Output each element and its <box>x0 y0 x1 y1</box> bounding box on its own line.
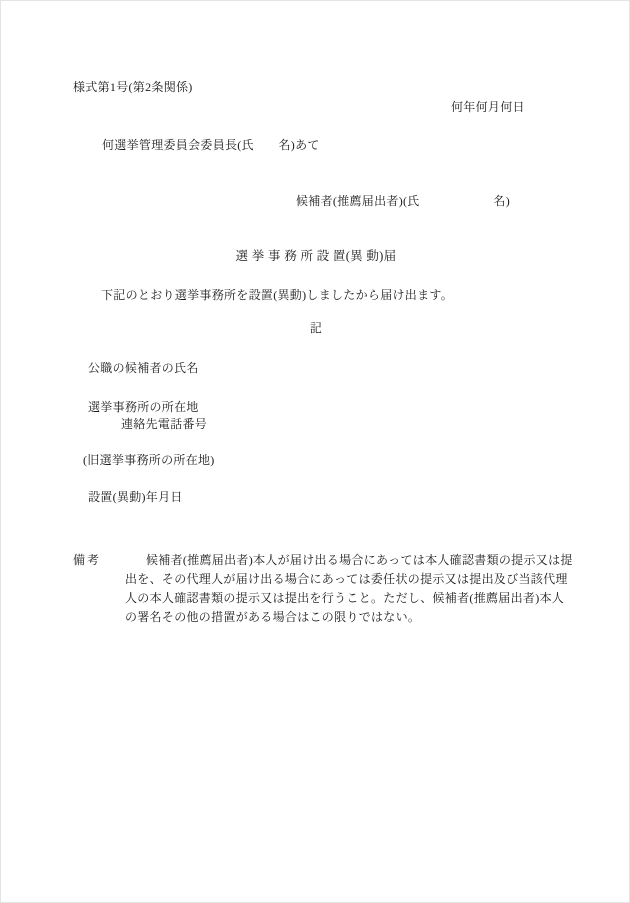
remarks-line-2: 出を、その代理人が届け出る場合にあっては委任状の提示又は提出及び当該代理 <box>125 570 537 589</box>
submitter-line: 候補者(推薦届出者)(氏 名) <box>296 195 510 208</box>
remarks-line-3: 人の本人確認書類の提示又は提出を行うこと。ただし、候補者(推薦届出者)本人 <box>125 589 537 608</box>
remarks-line-4: の署名その他の措置がある場合はこの限りではない。 <box>125 608 537 627</box>
form-document-page: 様式第1号(第2条関係) 何年何月何日 何選挙管理委員会委員長(氏 名)あて 候… <box>0 0 630 903</box>
date-placeholder: 何年何月何日 <box>451 101 525 114</box>
remarks-line-1: 候補者(推薦届出者)本人が届け出る場合にあっては本人確認書類の提示又は提 <box>125 551 537 570</box>
field-label-office-address: 選挙事務所の所在地 <box>88 401 199 414</box>
document-title: 選 挙 事 務 所 設 置(異 動)届 <box>1 250 630 263</box>
field-label-old-office-address: (旧選挙事務所の所在地) <box>83 454 215 467</box>
field-label-establishment-date: 設置(異動)年月日 <box>88 491 183 504</box>
addressee-line: 何選挙管理委員会委員長(氏 名)あて <box>102 139 320 152</box>
form-number: 様式第1号(第2条関係) <box>73 81 193 94</box>
statement-line: 下記のとおり選挙事務所を設置(異動)しましたから届け出ます。 <box>101 289 453 302</box>
remarks-label: 備考 <box>73 551 101 568</box>
remarks-body: 候補者(推薦届出者)本人が届け出る場合にあっては本人確認書類の提示又は提 出を、… <box>125 551 537 627</box>
field-label-candidate-name: 公職の候補者の氏名 <box>88 362 199 375</box>
field-label-contact-phone: 連絡先電話番号 <box>121 418 207 431</box>
record-marker: 記 <box>1 322 630 335</box>
